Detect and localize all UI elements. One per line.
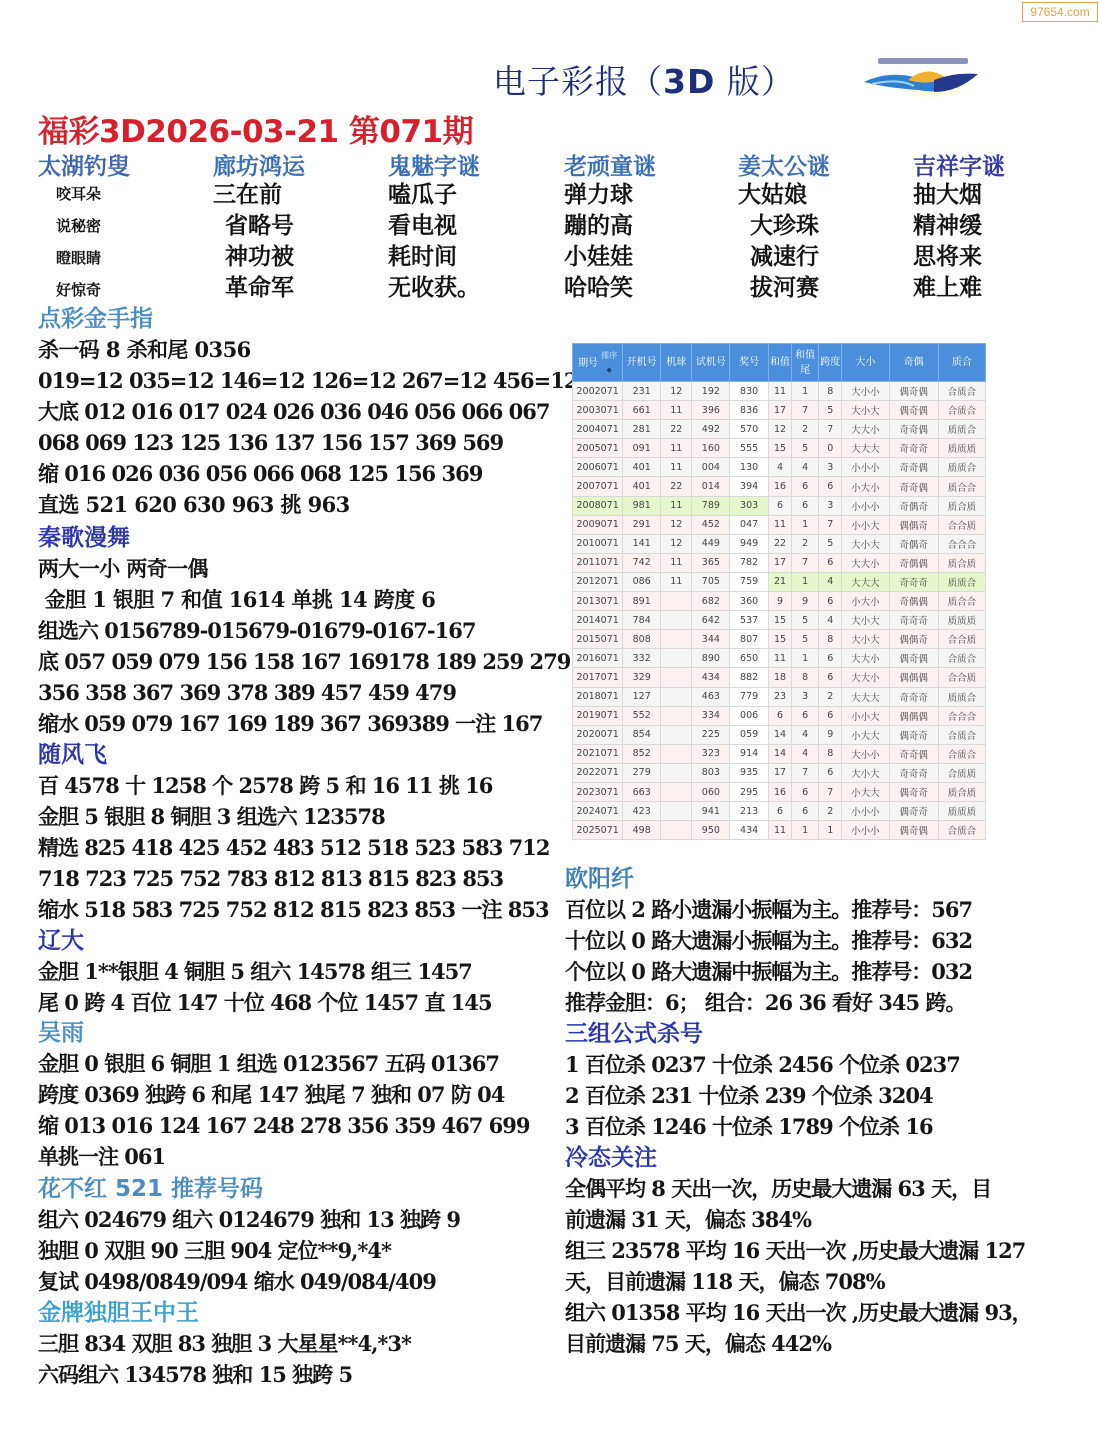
table-cell: 17 bbox=[769, 401, 792, 420]
table-row: 20230716630602951667小大大偶奇奇质合质 bbox=[573, 782, 986, 801]
table-cell bbox=[661, 802, 692, 821]
text-line: 1 百位杀 0237 十位杀 2456 个位杀 0237 bbox=[565, 1049, 960, 1080]
table-row: 2007071401220143941666小大小奇奇偶质合合 bbox=[573, 477, 986, 496]
table-cell: 2011071 bbox=[573, 553, 623, 572]
riddle-line: 革命军 bbox=[213, 273, 305, 304]
table-cell: 小小小 bbox=[842, 821, 889, 840]
table-cell: 891 bbox=[623, 592, 661, 611]
section-title: 冷态关注 bbox=[565, 1143, 1032, 1173]
table-cell: 1 bbox=[792, 649, 819, 668]
text-line: 百位以 2 路小遗漏小振幅为主。推荐号：567 bbox=[565, 894, 972, 925]
table-cell bbox=[661, 744, 692, 763]
table-cell: 1 bbox=[792, 572, 819, 591]
table-cell: 5 bbox=[819, 401, 842, 420]
section-title: 欧阳纤 bbox=[565, 864, 972, 894]
table-cell: 偶奇偶 bbox=[889, 649, 938, 668]
col-header-shiji: 试机号 bbox=[692, 344, 730, 382]
text-line: 组六 024679 组六 0124679 独和 13 独跨 9 bbox=[38, 1204, 460, 1235]
riddle-line: 抽大烟 bbox=[913, 180, 1005, 211]
table-cell: 12 bbox=[661, 534, 692, 553]
table-cell: 奇奇偶 bbox=[889, 420, 938, 439]
section-wu-yu: 吴雨 金胆 0 银胆 6 铜胆 1 组选 0123567 五码 01367 跨度… bbox=[38, 1018, 529, 1172]
table-cell: 537 bbox=[730, 611, 769, 630]
table-cell bbox=[661, 611, 692, 630]
table-cell: 2 bbox=[819, 802, 842, 821]
table-row: 20160713328906501116大大小偶奇偶合质合 bbox=[573, 649, 986, 668]
table-cell: 192 bbox=[692, 382, 730, 401]
table-cell bbox=[661, 706, 692, 725]
text-line: 缩 013 016 124 167 248 278 356 359 467 69… bbox=[38, 1110, 529, 1141]
table-cell: 6 bbox=[792, 706, 819, 725]
text-line: 复试 0498/0849/094 缩水 049/084/409 bbox=[38, 1266, 460, 1297]
table-cell: 1 bbox=[819, 821, 842, 840]
table-cell: 偶奇奇 bbox=[889, 782, 938, 801]
table-cell: 22 bbox=[769, 534, 792, 553]
riddle-column: 鬼魅字谜 嗑瓜子 看电视 耗时间 无收获。 bbox=[388, 148, 480, 304]
text-line: 六码组六 134578 独和 15 独跨 5 bbox=[38, 1359, 411, 1390]
table-cell: 2012071 bbox=[573, 572, 623, 591]
table-cell: 17 bbox=[769, 553, 792, 572]
table-cell: 006 bbox=[730, 706, 769, 725]
section-leng-tai-guan-zhu: 冷态关注 全偶平均 8 天出一次，历史最大遗漏 63 天，目 前遗漏 31 天，… bbox=[565, 1143, 1032, 1359]
table-cell: 225 bbox=[692, 725, 730, 744]
table-cell: 奇奇奇 bbox=[889, 572, 938, 591]
table-cell: 质合质 bbox=[938, 496, 985, 515]
table-cell: 大小大 bbox=[842, 630, 889, 649]
table-cell bbox=[661, 649, 692, 668]
table-cell: 981 bbox=[623, 496, 661, 515]
table-cell: 小小大 bbox=[842, 706, 889, 725]
table-cell: 779 bbox=[730, 687, 769, 706]
table-cell: 2003071 bbox=[573, 401, 623, 420]
table-cell: 4 bbox=[792, 725, 819, 744]
col-header-daxiao: 大小 bbox=[842, 344, 889, 382]
riddle-line: 难上难 bbox=[913, 273, 1005, 304]
table-cell: 质质质 bbox=[938, 439, 985, 458]
text-line: 金胆 1 银胆 7 和值 1614 单挑 14 跨度 6 bbox=[38, 584, 570, 615]
lottery-logo-icon bbox=[858, 52, 988, 98]
table-cell: 334 bbox=[692, 706, 730, 725]
table-cell: 2017071 bbox=[573, 668, 623, 687]
table-cell: 890 bbox=[692, 649, 730, 668]
text-line: 直选 521 620 630 963 挑 963 bbox=[38, 489, 577, 520]
table-cell: 质质合 bbox=[938, 420, 985, 439]
table-cell: 6 bbox=[792, 782, 819, 801]
riddle-line: 无收获。 bbox=[388, 273, 480, 304]
col-header-hezhi: 和值 bbox=[769, 344, 792, 382]
table-cell: 12 bbox=[661, 382, 692, 401]
table-cell: 11 bbox=[661, 401, 692, 420]
section-title: 金牌独胆王中王 bbox=[38, 1298, 411, 1328]
table-cell: 291 bbox=[623, 515, 661, 534]
table-cell: 2008071 bbox=[573, 496, 623, 515]
table-cell: 2005071 bbox=[573, 439, 623, 458]
col-header-zhihe: 质合 bbox=[938, 344, 985, 382]
section-liao-da: 辽大 金胆 1**银胆 4 铜胆 5 组六 14578 组三 1457 尾 0 … bbox=[38, 926, 492, 1018]
col-header-jiou: 奇偶 bbox=[889, 344, 938, 382]
table-cell: 16 bbox=[769, 782, 792, 801]
table-cell: 6 bbox=[792, 802, 819, 821]
table-body: 2002071231121928301118大小小偶奇偶合质合200307166… bbox=[573, 382, 986, 840]
table-cell: 2006071 bbox=[573, 458, 623, 477]
table-cell: 23 bbox=[769, 687, 792, 706]
table-cell: 463 bbox=[692, 687, 730, 706]
table-cell: 2 bbox=[792, 420, 819, 439]
table-cell: 小小小 bbox=[842, 496, 889, 515]
table-cell: 11 bbox=[661, 553, 692, 572]
table-cell: 047 bbox=[730, 515, 769, 534]
table-cell: 3 bbox=[819, 496, 842, 515]
table-cell: 492 bbox=[692, 420, 730, 439]
table-cell: 3 bbox=[792, 687, 819, 706]
table-cell: 6 bbox=[819, 592, 842, 611]
table-cell bbox=[661, 725, 692, 744]
table-cell: 合质合 bbox=[938, 382, 985, 401]
table-cell: 323 bbox=[692, 744, 730, 763]
table-cell: 498 bbox=[623, 821, 661, 840]
table-cell: 小大小 bbox=[842, 477, 889, 496]
table-cell: 2016071 bbox=[573, 649, 623, 668]
riddle-column: 吉祥字谜 抽大烟 精神缓 思将来 难上难 bbox=[913, 148, 1005, 304]
table-cell: 950 bbox=[692, 821, 730, 840]
text-line: 2 百位杀 231 十位杀 239 个位杀 3204 bbox=[565, 1080, 960, 1111]
table-cell: 6 bbox=[819, 668, 842, 687]
riddle-line: 拔河赛 bbox=[738, 273, 830, 304]
table-row: 2013071891682360996小大小奇偶偶质合合 bbox=[573, 592, 986, 611]
table-row: 2009071291124520471117小小大偶偶奇合合质 bbox=[573, 515, 986, 534]
table-cell: 6 bbox=[792, 477, 819, 496]
text-line: 019=12 035=12 146=12 126=12 267=12 456=1… bbox=[38, 365, 577, 396]
table-cell: 奇奇奇 bbox=[889, 687, 938, 706]
table-cell: 6 bbox=[792, 496, 819, 515]
table-cell: 11 bbox=[769, 515, 792, 534]
riddle-line: 三在前 bbox=[213, 180, 305, 211]
section-hua-bu-hong: 花不红 521 推荐号码 组六 024679 组六 0124679 独和 13 … bbox=[38, 1174, 460, 1297]
table-cell: 7 bbox=[819, 515, 842, 534]
table-cell: 4 bbox=[819, 572, 842, 591]
text-line: 金胆 5 银胆 8 铜胆 3 组选六 123578 bbox=[38, 801, 549, 832]
table-cell: 401 bbox=[623, 477, 661, 496]
table-cell: 奇奇奇 bbox=[889, 611, 938, 630]
table-cell: 2020071 bbox=[573, 725, 623, 744]
table-cell: 2 bbox=[792, 534, 819, 553]
table-cell: 偶奇偶 bbox=[889, 401, 938, 420]
table-cell: 949 bbox=[730, 534, 769, 553]
table-cell: 1 bbox=[792, 382, 819, 401]
table-cell: 742 bbox=[623, 553, 661, 572]
table-cell: 882 bbox=[730, 668, 769, 687]
table-cell: 6 bbox=[769, 706, 792, 725]
table-cell: 合合合 bbox=[938, 706, 985, 725]
text-line: 718 723 725 752 783 812 813 815 823 853 bbox=[38, 863, 549, 894]
table-cell: 合质合 bbox=[938, 744, 985, 763]
table-row: 20140717846425371554大小大奇奇奇质质质 bbox=[573, 611, 986, 630]
section-title: 点彩金手指 bbox=[38, 304, 577, 334]
table-cell: 合质合 bbox=[938, 821, 985, 840]
table-cell: 18 bbox=[769, 668, 792, 687]
text-line: 独胆 0 双胆 90 三胆 904 定位**9,*4* bbox=[38, 1235, 460, 1266]
riddle-column: 老顽童谜 弹力球 蹦的高 小娃娃 哈哈笑 bbox=[564, 148, 656, 304]
col-header-issue[interactable]: 期号 排序◆ bbox=[573, 344, 623, 382]
text-line: 杀一码 8 杀和尾 0356 bbox=[38, 334, 577, 365]
table-cell: 396 bbox=[692, 401, 730, 420]
table-cell: 11 bbox=[661, 458, 692, 477]
table-row: 2019071552334006666小小大偶偶偶合合合 bbox=[573, 706, 986, 725]
table-cell: 11 bbox=[661, 572, 692, 591]
table-cell: 2002071 bbox=[573, 382, 623, 401]
table-row: 20180711274637792332大大大奇奇奇质质合 bbox=[573, 687, 986, 706]
table-cell: 808 bbox=[623, 630, 661, 649]
table-cell: 6 bbox=[819, 763, 842, 782]
table-cell: 2010071 bbox=[573, 534, 623, 553]
text-line: 3 百位杀 1246 十位杀 1789 个位杀 16 bbox=[565, 1111, 960, 1142]
table-cell: 大小小 bbox=[842, 382, 889, 401]
table-cell: 552 bbox=[623, 706, 661, 725]
table-cell: 22 bbox=[661, 477, 692, 496]
text-line: 精选 825 418 425 452 483 512 518 523 583 7… bbox=[38, 832, 549, 863]
table-cell: 852 bbox=[623, 744, 661, 763]
table-cell: 奇奇奇 bbox=[889, 763, 938, 782]
table-cell: 160 bbox=[692, 439, 730, 458]
text-line: 跨度 0369 独跨 6 和尾 147 独尾 7 独和 07 防 04 bbox=[38, 1079, 529, 1110]
table-cell: 127 bbox=[623, 687, 661, 706]
table-cell: 合质合 bbox=[938, 725, 985, 744]
table-cell: 836 bbox=[730, 401, 769, 420]
table-cell: 大小大 bbox=[842, 401, 889, 420]
table-cell: 914 bbox=[730, 744, 769, 763]
table-cell: 8 bbox=[819, 744, 842, 763]
table-cell: 9 bbox=[792, 592, 819, 611]
text-line: 三胆 834 双胆 83 独胆 3 大星星**4,*3* bbox=[38, 1328, 411, 1359]
text-line: 组三 23578 平均 16 天出一次 ,历史最大遗漏 127 bbox=[565, 1235, 1032, 1266]
table-cell: 22 bbox=[661, 420, 692, 439]
table-cell: 大小大 bbox=[842, 611, 889, 630]
riddle-line: 瞪眼睛 bbox=[38, 244, 130, 276]
col-header-kaiji: 开机号 bbox=[623, 344, 661, 382]
table-cell: 4 bbox=[792, 458, 819, 477]
riddle-line: 哈哈笑 bbox=[564, 273, 656, 304]
table-cell: 大小大 bbox=[842, 534, 889, 553]
col-header-jiqiu: 机球 bbox=[661, 344, 692, 382]
riddle-line: 思将来 bbox=[913, 242, 1005, 273]
table-cell: 555 bbox=[730, 439, 769, 458]
table-cell: 807 bbox=[730, 630, 769, 649]
table-cell: 合质合 bbox=[938, 401, 985, 420]
table-cell: 偶偶奇 bbox=[889, 630, 938, 649]
table-cell: 奇奇奇 bbox=[889, 439, 938, 458]
table-cell: 偶奇偶 bbox=[889, 821, 938, 840]
table-cell: 15 bbox=[769, 439, 792, 458]
table-cell: 0 bbox=[819, 439, 842, 458]
table-cell: 小小小 bbox=[842, 802, 889, 821]
text-line: 目前遗漏 75 天，偏态 442% bbox=[565, 1328, 1032, 1359]
riddle-line: 精神缓 bbox=[913, 211, 1005, 242]
riddle-line: 大姑娘 bbox=[738, 180, 830, 211]
table-cell: 质质质 bbox=[938, 802, 985, 821]
table-cell: 935 bbox=[730, 763, 769, 782]
col-header-kuadu: 跨度 bbox=[819, 344, 842, 382]
table-cell: 6 bbox=[769, 496, 792, 515]
table-cell: 281 bbox=[623, 420, 661, 439]
section-title: 辽大 bbox=[38, 926, 492, 956]
table-cell: 偶偶偶 bbox=[889, 668, 938, 687]
table-cell: 401 bbox=[623, 458, 661, 477]
table-cell: 6 bbox=[819, 553, 842, 572]
table-cell: 452 bbox=[692, 515, 730, 534]
table-cell: 2025071 bbox=[573, 821, 623, 840]
table-cell: 423 bbox=[623, 802, 661, 821]
issue-title: 福彩3D2026-03-21 第071期 bbox=[38, 106, 473, 151]
text-line: 尾 0 跨 4 百位 147 十位 468 个位 1457 直 145 bbox=[38, 987, 492, 1018]
table-cell: 12 bbox=[661, 515, 692, 534]
table-cell: 偶奇奇 bbox=[889, 802, 938, 821]
text-line: 缩水 518 583 725 752 812 815 823 853 一注 85… bbox=[38, 894, 549, 925]
table-row: 2012071086117057592114大大大奇奇奇质质合 bbox=[573, 572, 986, 591]
table-cell: 奇偶奇 bbox=[889, 496, 938, 515]
table-cell bbox=[661, 821, 692, 840]
table-cell: 质合合 bbox=[938, 592, 985, 611]
table-cell: 质质质 bbox=[938, 611, 985, 630]
table-cell: 213 bbox=[730, 802, 769, 821]
table-cell: 16 bbox=[769, 477, 792, 496]
text-line: 底 057 059 079 156 158 167 169178 189 259… bbox=[38, 646, 570, 677]
table-cell: 合合合 bbox=[938, 534, 985, 553]
section-title: 三组公式杀号 bbox=[565, 1019, 960, 1049]
table-cell: 大大小 bbox=[842, 553, 889, 572]
text-line: 068 069 123 125 136 137 156 157 369 569 bbox=[38, 427, 577, 458]
table-cell: 5 bbox=[792, 439, 819, 458]
table-cell: 2014071 bbox=[573, 611, 623, 630]
table-cell: 奇偶奇 bbox=[889, 534, 938, 553]
riddle-line: 嗑瓜子 bbox=[388, 180, 480, 211]
table-cell: 279 bbox=[623, 763, 661, 782]
riddle-column: 太湖钓叟 咬耳朵 说秘密 瞪眼睛 好惊奇 bbox=[38, 148, 130, 308]
table-cell: 091 bbox=[623, 439, 661, 458]
table-cell: 奇奇偶 bbox=[889, 458, 938, 477]
table-row: 2010071141124499492225大小大奇偶奇合合合 bbox=[573, 534, 986, 553]
table-cell: 2021071 bbox=[573, 744, 623, 763]
table-cell bbox=[661, 668, 692, 687]
table-cell: 5 bbox=[792, 630, 819, 649]
table-cell: 小大大 bbox=[842, 782, 889, 801]
table-cell: 5 bbox=[792, 611, 819, 630]
table-cell: 小大小 bbox=[842, 592, 889, 611]
riddle-line: 小娃娃 bbox=[564, 242, 656, 273]
table-cell: 21 bbox=[769, 572, 792, 591]
table-cell: 大大大 bbox=[842, 572, 889, 591]
table-cell: 合质合 bbox=[938, 649, 985, 668]
table-cell: 130 bbox=[730, 458, 769, 477]
table-cell: 小小大 bbox=[842, 515, 889, 534]
text-line: 缩水 059 079 167 169 189 367 369389 一注 167 bbox=[38, 708, 570, 739]
table-cell: 奇奇偶 bbox=[889, 477, 938, 496]
table-row: 2024071423941213662小小小偶奇奇质质质 bbox=[573, 802, 986, 821]
table-cell: 14 bbox=[769, 725, 792, 744]
col-header-hezhiwei: 和值尾 bbox=[792, 344, 819, 382]
section-qin-ge-man-wu: 秦歌漫舞 两大一小 两奇一偶 金胆 1 银胆 7 和值 1614 单挑 14 跨… bbox=[38, 523, 570, 739]
sort-icon[interactable]: 排序◆ bbox=[601, 348, 617, 378]
table-cell: 941 bbox=[692, 802, 730, 821]
text-line: 天，目前遗漏 118 天，偏态 708% bbox=[565, 1266, 1032, 1297]
table-cell: 059 bbox=[730, 725, 769, 744]
riddle-author: 吉祥字谜 bbox=[913, 148, 1005, 180]
table-cell: 360 bbox=[730, 592, 769, 611]
riddle-line: 神功被 bbox=[213, 242, 305, 273]
table-cell: 7 bbox=[792, 401, 819, 420]
table-cell: 1 bbox=[792, 515, 819, 534]
section-title: 吴雨 bbox=[38, 1018, 529, 1048]
section-title: 随风飞 bbox=[38, 740, 549, 770]
table-row: 2004071281224925701227大大小奇奇偶质质合 bbox=[573, 420, 986, 439]
table-cell: 15 bbox=[769, 611, 792, 630]
table-cell: 大大大 bbox=[842, 439, 889, 458]
table-cell: 004 bbox=[692, 458, 730, 477]
table-cell: 9 bbox=[769, 592, 792, 611]
table-cell: 2015071 bbox=[573, 630, 623, 649]
table-cell: 7 bbox=[819, 782, 842, 801]
col-header-jianghao: 奖号 bbox=[730, 344, 769, 382]
table-cell: 大大小 bbox=[842, 649, 889, 668]
table-cell: 大小大 bbox=[842, 763, 889, 782]
table-cell: 295 bbox=[730, 782, 769, 801]
table-cell: 7 bbox=[792, 763, 819, 782]
table-cell: 782 bbox=[730, 553, 769, 572]
text-line: 金胆 1**银胆 4 铜胆 5 组六 14578 组三 1457 bbox=[38, 956, 492, 987]
table-row: 20210718523239141448大小小奇奇偶合质合 bbox=[573, 744, 986, 763]
table-cell: 231 bbox=[623, 382, 661, 401]
table-cell: 434 bbox=[730, 821, 769, 840]
table-cell: 2023071 bbox=[573, 782, 623, 801]
table-cell: 2009071 bbox=[573, 515, 623, 534]
table-cell: 8 bbox=[819, 630, 842, 649]
site-watermark: 97654.com bbox=[1022, 2, 1098, 22]
table-cell: 偶奇偶 bbox=[889, 382, 938, 401]
text-line: 大底 012 016 017 024 026 036 046 056 066 0… bbox=[38, 396, 577, 427]
text-line: 两大一小 两奇一偶 bbox=[38, 553, 570, 584]
riddle-line: 减速行 bbox=[738, 242, 830, 273]
sort-label: 排序 bbox=[601, 351, 617, 360]
section-title: 花不红 521 推荐号码 bbox=[38, 1174, 460, 1204]
table-cell: 奇奇偶 bbox=[889, 744, 938, 763]
history-table: 期号 排序◆ 开机号 机球 试机号 奖号 和值 和值尾 跨度 大小 奇偶 质合 … bbox=[572, 343, 986, 840]
table-cell: 质质合 bbox=[938, 458, 985, 477]
table-row: 2002071231121928301118大小小偶奇偶合质合 bbox=[573, 382, 986, 401]
text-line: 组选六 0156789-015679-01679-0167-167 bbox=[38, 615, 570, 646]
riddle-line: 蹦的高 bbox=[564, 211, 656, 242]
table-cell: 质合质 bbox=[938, 782, 985, 801]
table-cell: 394 bbox=[730, 477, 769, 496]
riddle-line: 说秘密 bbox=[38, 212, 130, 244]
table-row: 20200718542250591449小大大偶奇奇合质合 bbox=[573, 725, 986, 744]
table-cell: 15 bbox=[769, 630, 792, 649]
table-cell: 偶偶偶 bbox=[889, 706, 938, 725]
table-row: 20220712798039351776大小大奇奇奇合质质 bbox=[573, 763, 986, 782]
table-cell: 2018071 bbox=[573, 687, 623, 706]
table-cell: 014 bbox=[692, 477, 730, 496]
table-cell: 11 bbox=[661, 439, 692, 458]
table-cell: 质合合 bbox=[938, 477, 985, 496]
table-cell: 830 bbox=[730, 382, 769, 401]
table-cell: 7 bbox=[792, 553, 819, 572]
riddle-author: 老顽童谜 bbox=[564, 148, 656, 180]
table-cell: 2019071 bbox=[573, 706, 623, 725]
table-cell: 434 bbox=[692, 668, 730, 687]
table-cell: 6 bbox=[769, 802, 792, 821]
table-cell: 303 bbox=[730, 496, 769, 515]
riddle-column: 廊坊鸿运 三在前 省略号 神功被 革命军 bbox=[213, 148, 305, 304]
table-cell: 14 bbox=[769, 744, 792, 763]
header-label: 期号 bbox=[578, 358, 598, 369]
